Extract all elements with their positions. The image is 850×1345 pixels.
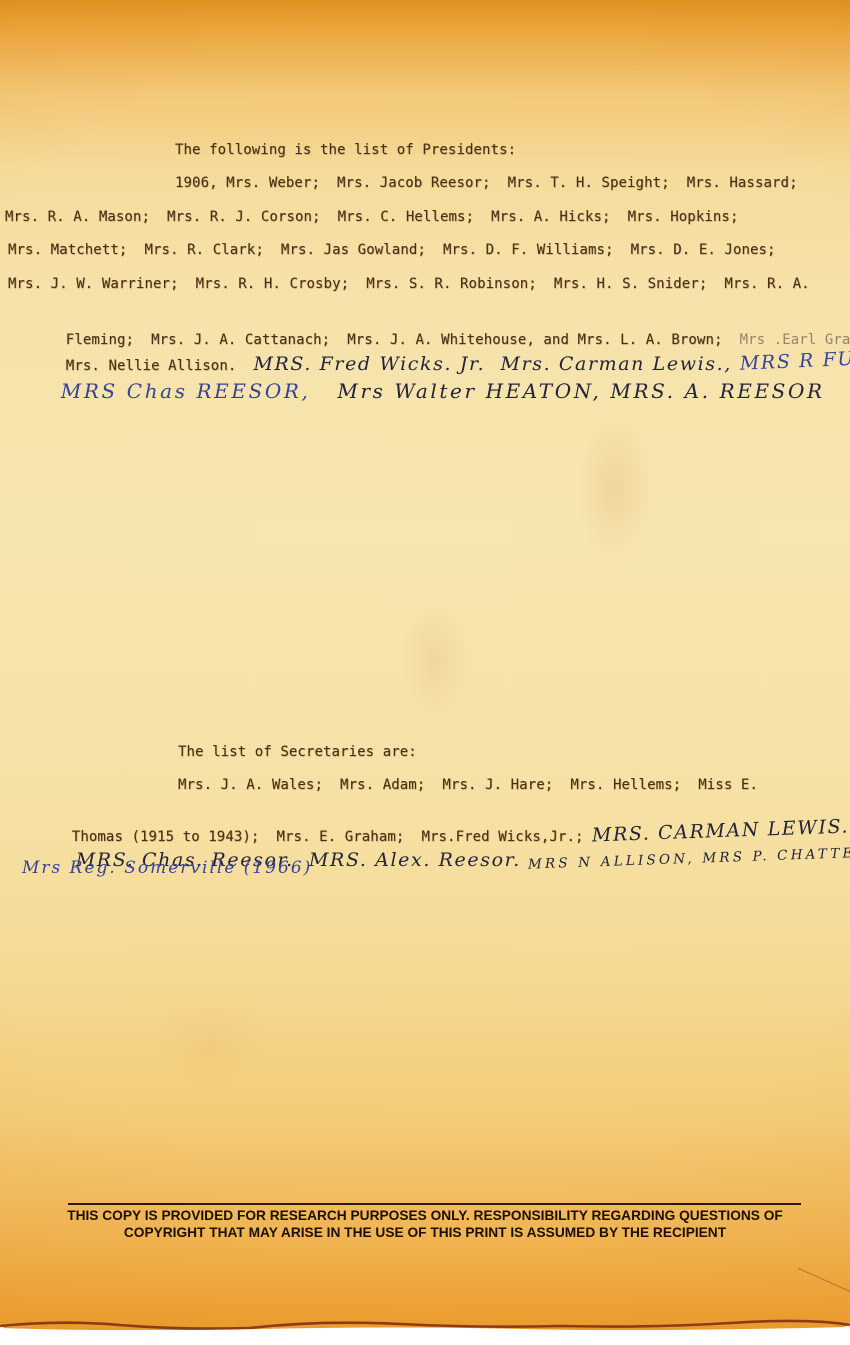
copyright-disclaimer-line-1: THIS COPY IS PROVIDED FOR RESEARCH PURPO… [9,1207,842,1223]
paper-grain-texture [0,0,850,1330]
presidents-line-7-handwriting-dark: Mrs Walter HEATON, MRS. A. REESOR [337,379,824,403]
aged-paper-background: The following is the list of Presidents:… [0,0,850,1330]
presidents-line-2: Mrs. R. A. Mason; Mrs. R. J. Corson; Mrs… [5,209,738,225]
secretaries-line-3-handwriting-caps: MRS N ALLISON, MRS P. CHATTERLEY [528,843,850,872]
presidents-line-7: MRS Chas REESOR, Mrs Walter HEATON, MRS.… [3,360,825,422]
presidents-line-4: Mrs. J. W. Warriner; Mrs. R. H. Crosby; … [8,276,810,292]
paper-crack-line [798,1268,850,1297]
secretaries-heading: The list of Secretaries are: [178,744,417,760]
scanned-document-page: The following is the list of Presidents:… [0,0,850,1345]
footer-divider-rule [68,1203,801,1205]
presidents-line-3: Mrs. Matchett; Mrs. R. Clark; Mrs. Jas G… [8,242,776,258]
presidents-line-7-handwriting-blue: MRS Chas REESOR, [61,379,338,403]
presidents-heading: The following is the list of Presidents: [175,142,516,158]
secretaries-line-1: Mrs. J. A. Wales; Mrs. Adam; Mrs. J. Har… [178,777,758,793]
paper-stain [150,1000,270,1090]
copyright-disclaimer-line-2: COPYRIGHT THAT MAY ARISE IN THE USE OF T… [9,1224,842,1240]
paper-stain [575,415,655,565]
secretaries-line-4-handwriting: Mrs Reg. Somerville (1966) [22,858,312,878]
presidents-line-1: 1906, Mrs. Weber; Mrs. Jacob Reesor; Mrs… [175,175,798,191]
paper-stain [400,600,470,720]
